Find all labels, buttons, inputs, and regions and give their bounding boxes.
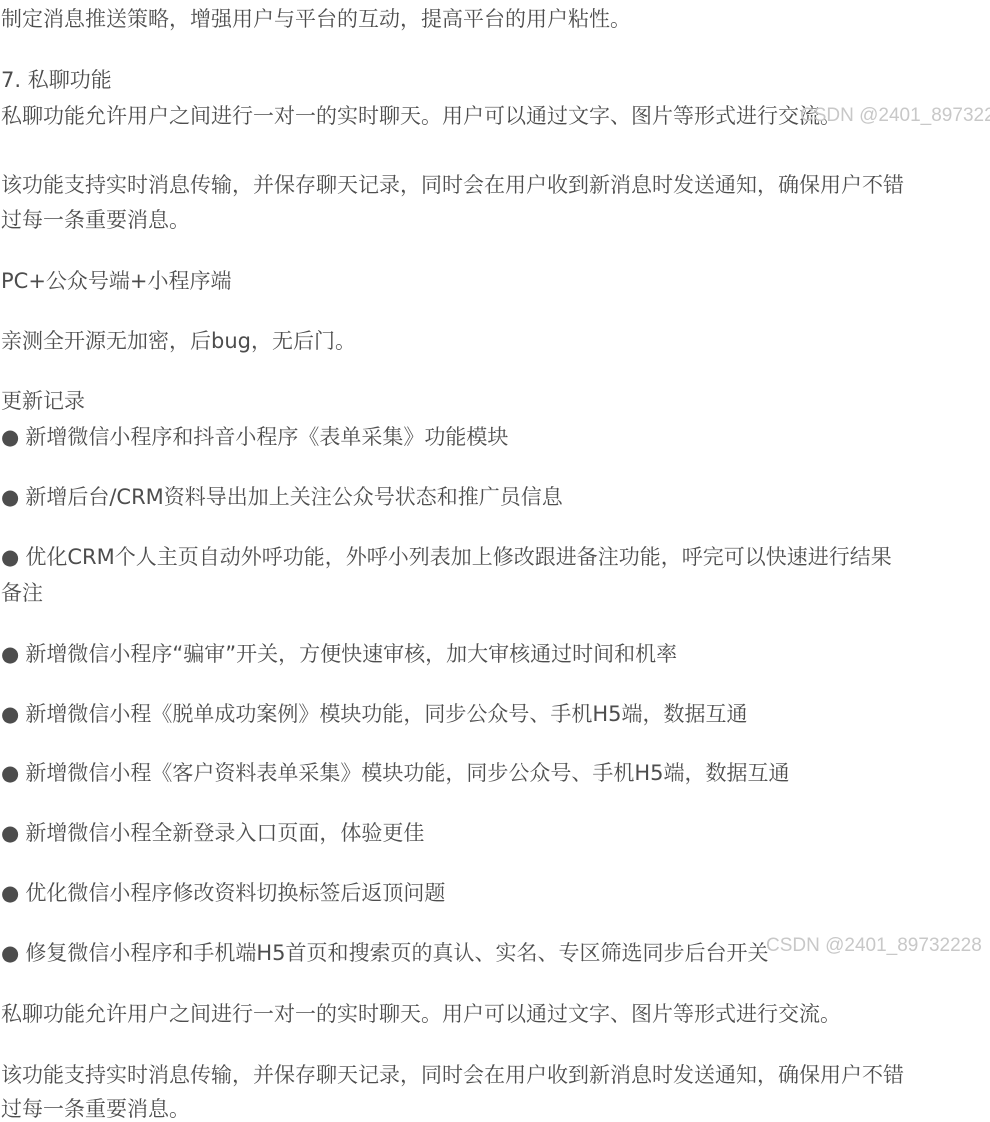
changelog-item: ●优化微信小程序修改资料切换标签后返顶问题	[1, 878, 445, 908]
bullet-icon: ●	[1, 758, 19, 788]
changelog-item-text: 优化CRM个人主页自动外呼功能，外呼小列表加上修改跟进备注功能，呼完可以快速进行…	[25, 545, 891, 569]
changelog-item: ●优化CRM个人主页自动外呼功能，外呼小列表加上修改跟进备注功能，呼完可以快速进…	[1, 542, 892, 572]
intro-paragraph: 制定消息推送策略，增强用户与平台的互动，提高平台的用户粘性。	[1, 4, 631, 34]
private-chat-paragraph-1: 私聊功能允许用户之间进行一对一的实时聊天。用户可以通过文字、图片等形式进行交流。	[1, 101, 841, 131]
bullet-icon: ●	[1, 542, 19, 572]
changelog-item: ●新增微信小程《客户资料表单采集》模块功能，同步公众号、手机H5端，数据互通	[1, 758, 789, 788]
changelog-item-text: 修复微信小程序和手机端H5首页和搜索页的真认、实名、专区筛选同步后台开关	[25, 941, 768, 965]
changelog-item-continuation: 备注	[1, 578, 43, 608]
open-source-claim: 亲测全开源无加密，后bug，无后门。	[1, 326, 356, 356]
csdn-watermark-bottom: CSDN @2401_89732228	[766, 934, 982, 958]
changelog-item: ●新增微信小程全新登录入口页面，体验更佳	[1, 818, 424, 848]
repeat-paragraph-2-line-2: 过每一条重要消息。	[1, 1094, 190, 1122]
bullet-icon: ●	[1, 422, 19, 452]
bullet-icon: ●	[1, 639, 19, 669]
bullet-icon: ●	[1, 818, 19, 848]
section-heading-private-chat: 7. 私聊功能	[1, 65, 112, 95]
changelog-item-text: 新增微信小程全新登录入口页面，体验更佳	[25, 821, 424, 845]
changelog-item: ●新增后台/CRM资料导出加上关注公众号状态和推广员信息	[1, 482, 563, 512]
bullet-icon: ●	[1, 938, 19, 968]
repeat-paragraph-2-line-1: 该功能支持实时消息传输，并保存聊天记录，同时会在用户收到新消息时发送通知，确保用…	[1, 1060, 904, 1090]
bullet-icon: ●	[1, 482, 19, 512]
changelog-item-text: 新增微信小程序和抖音小程序《表单采集》功能模块	[25, 425, 508, 449]
changelog-item: ●新增微信小程序和抖音小程序《表单采集》功能模块	[1, 422, 508, 452]
bullet-icon: ●	[1, 878, 19, 908]
changelog-item-text: 优化微信小程序修改资料切换标签后返顶问题	[25, 881, 445, 905]
bullet-icon: ●	[1, 699, 19, 729]
changelog-heading: 更新记录	[1, 386, 85, 416]
changelog-item-text: 新增微信小程《客户资料表单采集》模块功能，同步公众号、手机H5端，数据互通	[25, 761, 789, 785]
platforms-text: PC+公众号端+小程序端	[1, 266, 232, 296]
changelog-item: ●新增微信小程《脱单成功案例》模块功能，同步公众号、手机H5端，数据互通	[1, 699, 747, 729]
changelog-item-text: 新增微信小程《脱单成功案例》模块功能，同步公众号、手机H5端，数据互通	[25, 702, 747, 726]
repeat-paragraph-1: 私聊功能允许用户之间进行一对一的实时聊天。用户可以通过文字、图片等形式进行交流。	[1, 999, 841, 1029]
changelog-item: ●修复微信小程序和手机端H5首页和搜索页的真认、实名、专区筛选同步后台开关	[1, 938, 768, 968]
private-chat-paragraph-2-line-2: 过每一条重要消息。	[1, 205, 190, 235]
private-chat-paragraph-2-line-1: 该功能支持实时消息传输，并保存聊天记录，同时会在用户收到新消息时发送通知，确保用…	[1, 170, 904, 200]
changelog-item-text: 新增后台/CRM资料导出加上关注公众号状态和推广员信息	[25, 485, 562, 509]
changelog-item: ●新增微信小程序“骗审”开关，方便快速审核，加大审核通过时间和机率	[1, 639, 677, 669]
changelog-item-text: 新增微信小程序“骗审”开关，方便快速审核，加大审核通过时间和机率	[25, 642, 677, 666]
